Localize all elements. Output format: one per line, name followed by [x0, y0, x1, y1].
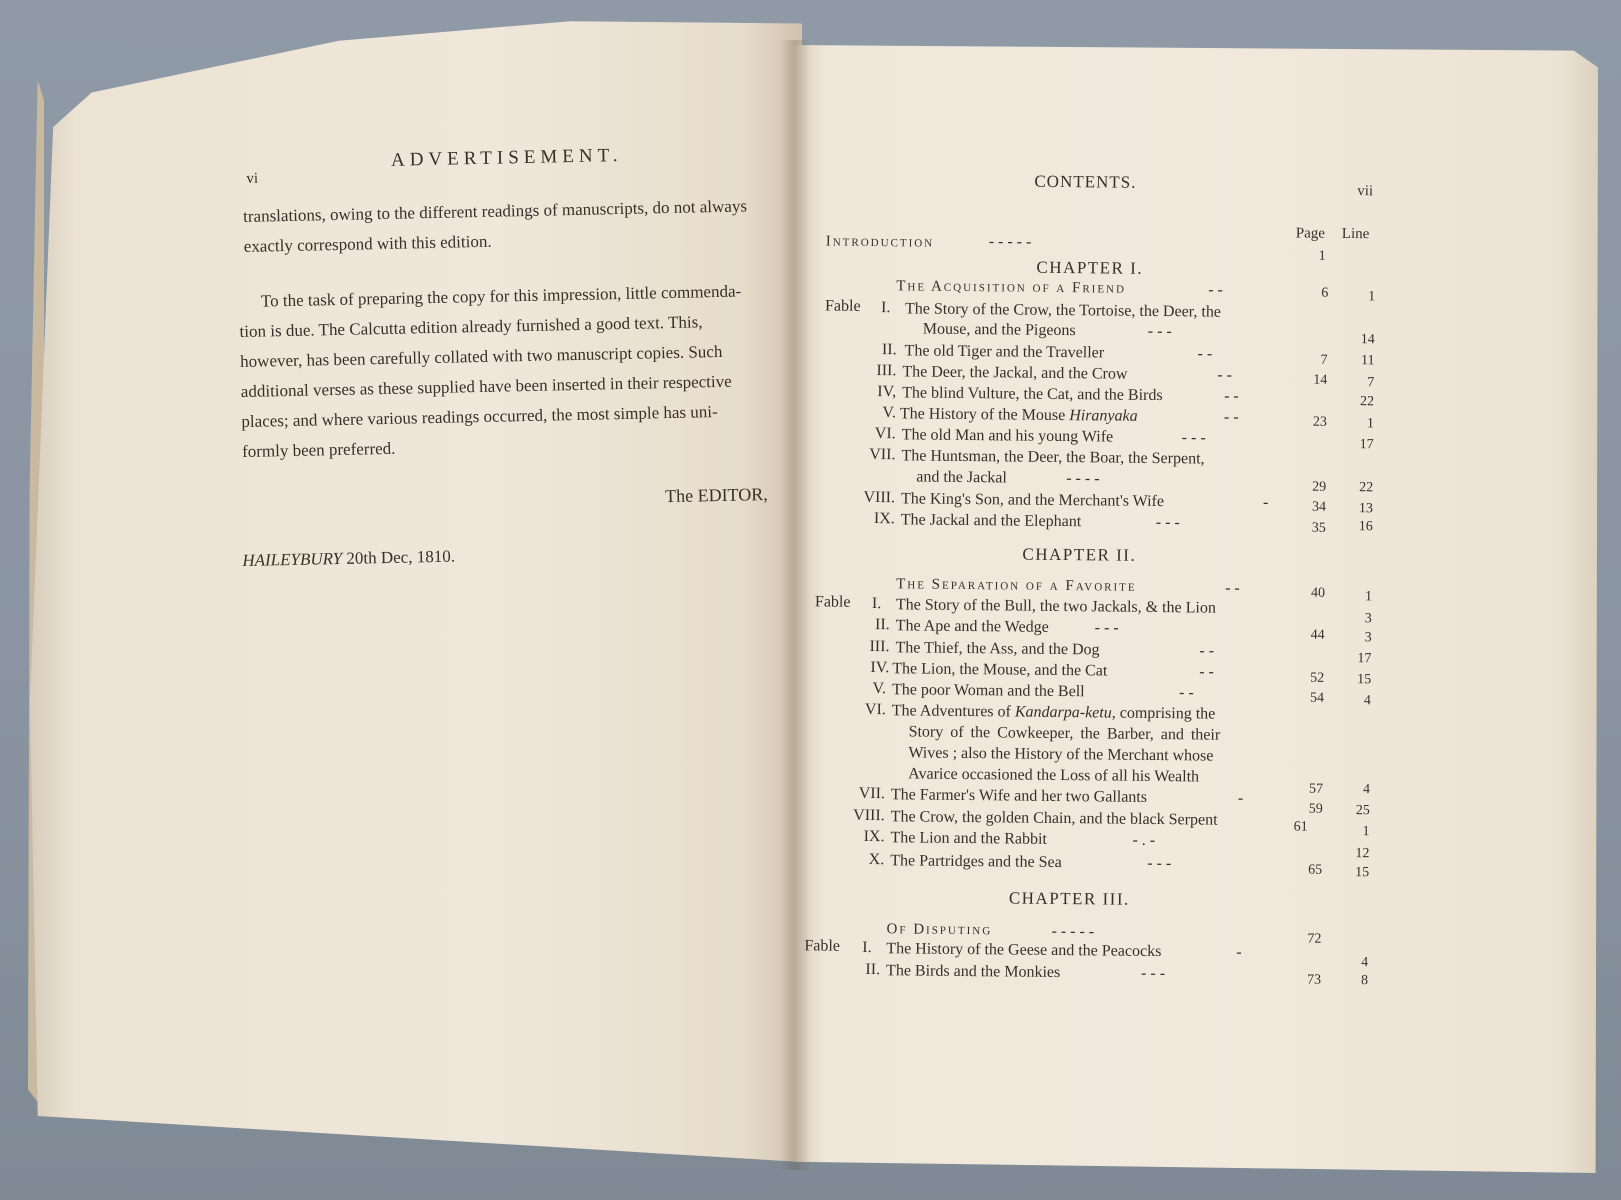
- toc-leaders: - - - -: [1066, 470, 1099, 488]
- toc-leaders: -: [1236, 944, 1242, 962]
- fable-number: IV.: [844, 659, 889, 677]
- fable-number: I.: [872, 595, 882, 613]
- left-page: [30, 12, 802, 1162]
- toc-line: 3: [1332, 611, 1372, 627]
- toc-page: 72: [1281, 931, 1321, 947]
- toc-line: 1: [1330, 824, 1370, 840]
- paragraph-1: translations, owing to the different rea…: [243, 191, 748, 262]
- toc-page: 7: [1287, 352, 1327, 368]
- toc-page: 14: [1287, 372, 1327, 388]
- toc-leaders: - -: [1225, 580, 1240, 598]
- fable-title-text: , comprising the: [1112, 705, 1216, 723]
- date: 20th Dec, 1810.: [346, 547, 455, 568]
- fable-number: II.: [850, 616, 890, 634]
- toc-page: 23: [1287, 414, 1327, 430]
- fable-title-text: The History of the Mouse: [900, 405, 1069, 424]
- fable-title: The Story of the Crow, the Tortoise, the…: [905, 300, 1221, 321]
- right-folio: vii: [1357, 183, 1373, 200]
- chapter-title: The Acquisition of a Friend: [896, 278, 1126, 297]
- fable-number: X.: [842, 851, 884, 869]
- fable-title-italic: Kandarpa-ketu: [1015, 704, 1112, 722]
- toc-line: 14: [1335, 332, 1375, 348]
- toc-line: 15: [1329, 865, 1369, 881]
- toc-line: 12: [1329, 846, 1369, 862]
- fable-number: IX.: [832, 828, 884, 847]
- toc-line: 1: [1335, 289, 1375, 305]
- toc-leaders: - -: [1199, 642, 1214, 660]
- toc-page: 61: [1268, 819, 1308, 835]
- left-folio: vi: [246, 171, 258, 188]
- toc-line: 17: [1334, 437, 1374, 453]
- toc-page: 52: [1284, 670, 1324, 686]
- toc-line: 8: [1328, 973, 1368, 989]
- toc-line: 22: [1333, 480, 1373, 496]
- fable-title: The Jackal and the Elephant: [901, 511, 1082, 531]
- bleed-through-text: [240, 600, 780, 630]
- toc-leaders: - . -: [1132, 832, 1155, 850]
- toc-page: 35: [1286, 520, 1326, 536]
- book-gutter: [780, 40, 810, 1170]
- toc-page: 59: [1283, 801, 1323, 817]
- fable-title-continued: Mouse, and the Pigeons: [923, 321, 1076, 341]
- toc-line: 13: [1333, 501, 1373, 517]
- fable-number: III.: [844, 638, 889, 656]
- fable-number: II.: [863, 341, 897, 359]
- toc-leaders: -: [1263, 494, 1269, 512]
- toc-leaders: - -: [1217, 367, 1232, 385]
- editor-signature: The EDITOR,: [665, 484, 768, 507]
- fable-title: The Ape and the Wedge: [896, 617, 1049, 637]
- fable-title: The History of the Geese and the Peacock…: [886, 940, 1161, 961]
- paragraph-2: To the task of preparing the copy for th…: [239, 277, 745, 467]
- toc-leaders: - - -: [1147, 855, 1171, 873]
- fable-title: The King's Son, and the Merchant's Wife: [901, 490, 1164, 511]
- toc-leaders: - - - - -: [989, 233, 1032, 251]
- toc-line: 16: [1333, 519, 1373, 535]
- fable-prefix: Fable: [825, 298, 861, 316]
- fable-title: The Crow, the golden Chain, and the blac…: [891, 808, 1218, 829]
- toc-label: Introduction: [826, 234, 935, 252]
- chapter-title: The Separation of a Favorite: [896, 576, 1137, 596]
- toc-page: 65: [1282, 862, 1322, 878]
- toc-leaders: - - -: [1095, 619, 1119, 637]
- toc-leaders: - - -: [1148, 323, 1172, 341]
- fable-number: I.: [881, 299, 891, 317]
- fable-title: The History of the Mouse Hiranyaka: [900, 405, 1138, 425]
- fable-title: The old Man and his young Wife: [902, 426, 1114, 446]
- fable-title: The Farmer's Wife and her two Gallants: [891, 786, 1147, 807]
- toc-leaders: - -: [1197, 345, 1212, 363]
- fable-number: V.: [844, 680, 886, 698]
- toc-page: 73: [1281, 972, 1321, 988]
- fable-title: The Adventures of Kandarpa-ketu, compris…: [892, 702, 1216, 723]
- toc-line: 3: [1332, 630, 1372, 646]
- fable-title: The Lion, the Mouse, and the Cat: [892, 660, 1107, 680]
- fable-title: The Deer, the Jackal, and the Crow: [902, 363, 1127, 383]
- fable-title: The Story of the Bull, the two Jackals, …: [896, 596, 1216, 617]
- fable-number: III.: [852, 362, 896, 380]
- fable-title: The Lion and the Rabbit: [890, 829, 1047, 849]
- contents-heading: CONTENTS.: [1034, 172, 1136, 193]
- toc-line: 1: [1332, 589, 1372, 605]
- toc-line: 17: [1331, 651, 1371, 667]
- fable-number: VI.: [834, 701, 886, 720]
- fable-title: The Huntsman, the Deer, the Boar, the Se…: [901, 447, 1204, 468]
- open-book: vi ADVERTISEMENT. translations, owing to…: [0, 0, 1621, 1200]
- fable-number: II.: [846, 961, 880, 979]
- fable-number: VIII.: [831, 489, 895, 508]
- toc-leaders: - -: [1199, 663, 1214, 681]
- toc-leaders: - -: [1224, 409, 1239, 427]
- fable-title-continued: Wives ; also the History of the Merchant…: [908, 744, 1213, 765]
- toc-leaders: - -: [1224, 388, 1239, 406]
- fable-title-text: The Adventures of: [892, 702, 1015, 720]
- fable-number: V.: [852, 404, 896, 422]
- fable-number: VII.: [828, 785, 885, 804]
- toc-page: 54: [1284, 690, 1324, 706]
- toc-line: 4: [1331, 693, 1371, 709]
- fable-title: The Partridges and the Sea: [890, 852, 1062, 872]
- fable-title-continued: Story of the Cowkeeper, the Barber, and …: [909, 723, 1221, 744]
- toc-line: 25: [1330, 803, 1370, 819]
- chapter-heading: CHAPTER III.: [1009, 888, 1130, 909]
- place-name: HAILEYBURY: [242, 549, 342, 570]
- fable-number: VIII.: [823, 807, 885, 826]
- toc-line: 15: [1331, 672, 1371, 688]
- fable-number: IX.: [841, 510, 895, 529]
- toc-leaders: -: [1238, 790, 1244, 808]
- chapter-heading: CHAPTER I.: [1036, 258, 1143, 279]
- toc-line: 4: [1330, 782, 1370, 798]
- fable-prefix: Fable: [815, 593, 851, 611]
- toc-line: 22: [1334, 394, 1374, 410]
- fable-prefix: Fable: [804, 937, 840, 955]
- page-column-header: Page: [1296, 225, 1325, 242]
- toc-leaders: - - -: [1182, 429, 1206, 447]
- toc-page: 40: [1285, 585, 1325, 601]
- toc-line: 4: [1328, 955, 1368, 971]
- toc-page: 1: [1286, 248, 1326, 264]
- toc-page: 6: [1288, 285, 1328, 301]
- fable-number: VI.: [852, 425, 896, 443]
- fable-title-italic: Hiranyaka: [1069, 407, 1138, 425]
- toc-page: 34: [1286, 499, 1326, 515]
- fable-title: The Birds and the Monkies: [886, 962, 1060, 982]
- toc-leaders: - - - - -: [1051, 923, 1094, 941]
- fable-title: The blind Vulture, the Cat, and the Bird…: [902, 384, 1163, 405]
- toc-page: 57: [1283, 781, 1323, 797]
- toc-leaders: - -: [1208, 282, 1223, 300]
- fable-title-continued: and the Jackal: [916, 468, 1007, 487]
- toc-leaders: - - -: [1156, 514, 1180, 532]
- toc-leaders: - -: [1179, 684, 1194, 702]
- line-column-header: Line: [1342, 226, 1370, 243]
- fable-number: I.: [862, 939, 872, 957]
- toc-line: 11: [1334, 353, 1374, 369]
- toc-line: 7: [1334, 375, 1374, 391]
- chapter-title: Of Disputing: [886, 921, 992, 939]
- fable-number: IV,: [852, 383, 896, 401]
- fable-title: The poor Woman and the Bell: [892, 681, 1085, 701]
- fable-title: The old Tiger and the Traveller: [905, 342, 1105, 362]
- toc-leaders: - - -: [1141, 965, 1165, 983]
- toc-line: 1: [1334, 416, 1374, 432]
- fable-title-continued: Avarice occasioned the Loss of all his W…: [908, 765, 1199, 786]
- fable-number: VII.: [841, 446, 895, 465]
- fable-title: The Thief, the Ass, and the Dog: [895, 639, 1099, 659]
- toc-page: 44: [1285, 627, 1325, 643]
- chapter-heading: CHAPTER II.: [1022, 545, 1136, 566]
- toc-page: 29: [1286, 479, 1326, 495]
